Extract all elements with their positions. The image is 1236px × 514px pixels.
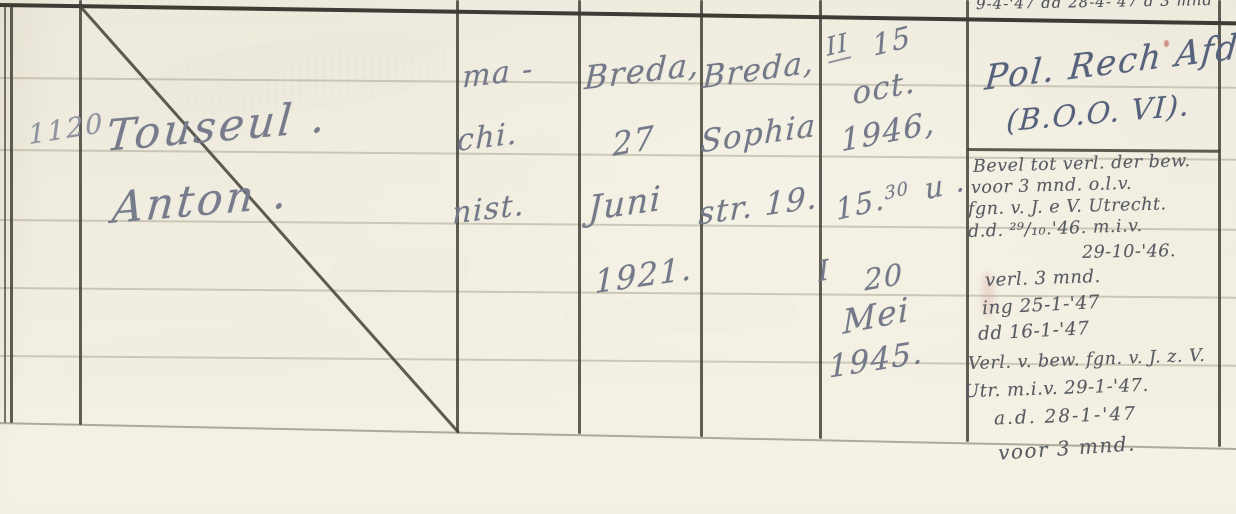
register-scan-page: 9-4-'47 dd 28-4-'47 d 3 mnd 1120 Touseul… <box>0 0 1236 514</box>
column-line-number <box>79 0 82 425</box>
time-minutes: 30 <box>884 178 910 205</box>
birth-day: 27 <box>612 118 656 164</box>
date-in-time: 15.30u . <box>834 163 967 227</box>
column-line-address-end <box>819 0 822 439</box>
column-line-occupation-end <box>578 0 581 434</box>
note-line: a.d. 28-1-'47 <box>994 404 1138 430</box>
note-line: 29-10-'46. <box>1082 241 1176 263</box>
entry-number: 1120 <box>28 108 105 151</box>
note-line: voor 3 mnd. <box>997 431 1136 465</box>
date-prev-numeral: I <box>817 253 832 288</box>
date-in-month: oct. <box>852 64 917 113</box>
date-prev-month: Mei <box>842 289 910 342</box>
date-prev-year: 1945. <box>828 334 924 385</box>
first-name: Anton . <box>110 168 292 234</box>
date-in-day: 15 <box>871 19 913 63</box>
note-line: dd 16-1-'47 <box>978 318 1090 345</box>
address-line-1: Breda, <box>702 44 815 96</box>
note-line: voor 3 mnd. o.l.v. <box>971 174 1133 198</box>
occupation-line-2: chi. <box>457 116 518 159</box>
table-border-left-inner <box>10 6 13 423</box>
address-line-2: Sophia <box>700 108 817 161</box>
roman-numeral-ii: II <box>824 27 850 63</box>
note-line: Bevel tot verl. der bew. <box>973 151 1191 177</box>
time-hours: 15. <box>834 181 886 227</box>
table-border-left-outer <box>4 6 6 423</box>
note-line: d.d. ²⁹/₁₀.'46. m.i.v. <box>968 216 1143 242</box>
note-line: verl. 3 mnd. <box>985 266 1101 291</box>
date-in-numeral: II <box>824 27 850 61</box>
birth-month: Juni <box>588 179 663 230</box>
note-line: Verl. v. bew. fgn. v. J. z. V. <box>968 346 1206 374</box>
previous-entry-fragment: 9-4-'47 dd 28-4-'47 d 3 mnd <box>976 0 1213 13</box>
note-line: Utr. m.i.v. 29-1-'47. <box>964 375 1149 402</box>
authority-unit: (B.O.O. VI). <box>1005 88 1191 138</box>
time-unit: u . <box>923 163 967 207</box>
bleed-through-mark <box>328 244 471 302</box>
occupation-line-1: ma - <box>462 51 534 95</box>
birth-place: Breda, <box>583 45 701 98</box>
date-in-year: 1946, <box>840 105 936 160</box>
